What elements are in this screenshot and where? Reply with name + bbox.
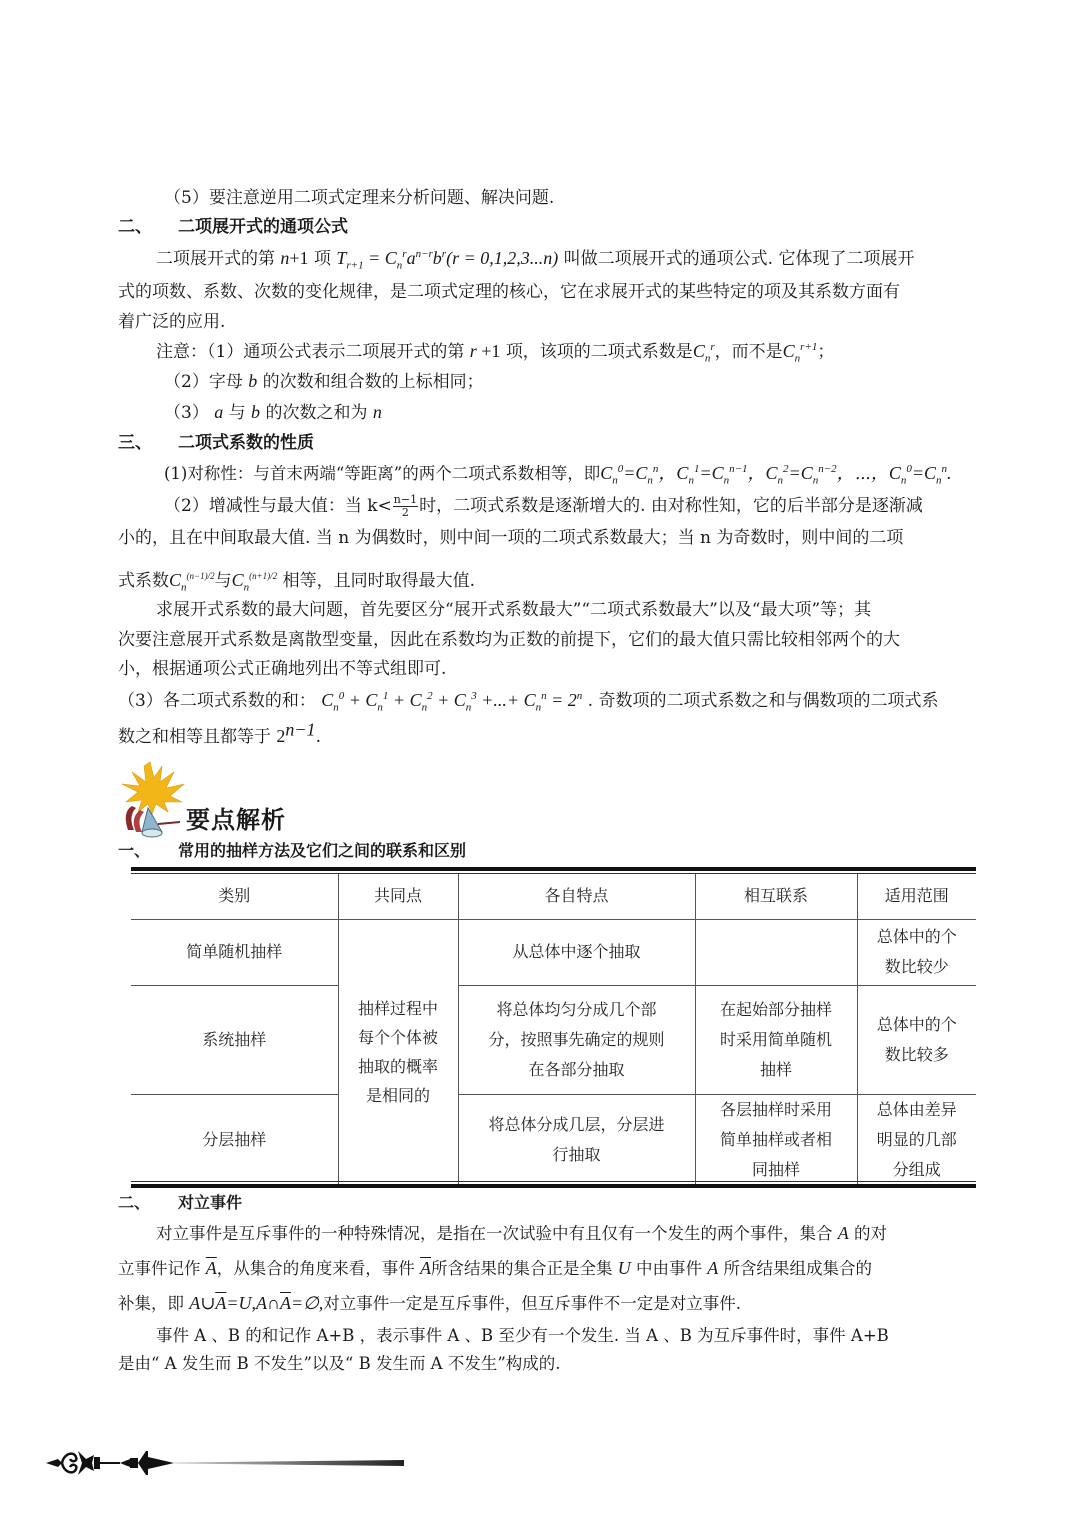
complementary-para-line-3: 补集，即 A∪A=U,A∩A=∅,对立事件一定是互斥事件，但互斥事件不一定是对立… [118,1292,988,1315]
text: （2）字母 [164,372,243,392]
text: 式系数 [118,571,169,591]
text: 的对 [854,1224,887,1243]
text: 立事件记作 [118,1259,201,1278]
document-page: （5）要注意逆用二项式定理来分析问题、解决问题. 二、二项展开式的通项公式 二项… [0,0,1075,1518]
text: 二项展开式的第 [156,249,275,269]
text: 相等，且同时取得最大值. [283,571,475,591]
property-sum-line-2: 数之和相等且都等于 2n−1. [118,725,988,748]
max-problem-line-2: 次要注意展开式系数是离散型变量，因此在系数均为正数的前提下，它们的最大值只需比较… [118,629,988,651]
feature-cell: 将总体分成几层，分层进 行抽取 [458,1094,695,1185]
section-title: 二项式系数的性质 [178,433,314,453]
text: 所含结果的集合正是全集 [431,1259,613,1278]
complementary-para-line-1: 对立事件是互斥事件的一种特殊情况，是指在一次试验中有且仅有一个发生的两个事件，集… [118,1222,1026,1245]
math-var: a [214,402,223,422]
sum-event-para-line-2: 是由“ A 发生而 B 不发生”以及“ B 发生而 A 不发生”构成的. [118,1353,988,1375]
text: 项 [314,249,331,269]
note-3: （3） a 与 b 的次数之和为 n [118,401,1034,424]
note-5: （5）要注意逆用二项式定理来分析问题、解决问题. [118,187,1034,209]
text: （3） [164,403,209,423]
sum-formula: Cn0 + Cn1 + Cn2 + Cn3 +...+ Cnn = 2n [321,690,582,710]
text: ； [817,342,834,362]
section-heading-properties: 三、二项式系数的性质 [118,432,988,454]
text: （2）增减性与最大值：当 k< [164,496,392,516]
set-formula: A∪A=U,A∩A=∅, [189,1293,323,1313]
maple-leaf-bell-icon [118,760,188,838]
fraction: n−12 [393,494,418,519]
relation-cell: 各层抽样时采用 简单抽样或者相 同抽样 [695,1094,857,1185]
text: 与 [229,403,246,423]
header-cell: 类别 [131,874,338,919]
text: 项，该项的二项式系数是 [506,342,693,362]
symmetry-formula: Cn0=Cnn，Cn1=Cnn−1，Cn2=Cnn−2，⋯，Cn0=Cnn. [600,463,951,483]
header-cell: 各自特点 [458,874,695,919]
decorative-scroll-divider-icon [44,1445,404,1481]
table-row: 系统抽样 将总体均匀分成几个部 分，按照事先确定的规则 在各部分抽取 在起始部分… [131,985,976,1094]
table-header-row: 类别 共同点 各自特点 相互联系 适用范围 [131,874,976,919]
math-var: A [707,1258,718,1278]
max-problem-line-3: 小，根据通项公式正确地列出不等式组即可. [118,658,988,680]
section-number: 二、 [118,216,178,238]
property-symmetry: (1)对称性：与首末两端“等距离”的两个二项式系数相等，即Cn0=Cnn，Cn1… [118,462,1034,485]
table-bottom-rule-thin [131,1181,976,1182]
category-cell: 分层抽样 [131,1094,338,1185]
text: 对立事件一定是互斥事件，但互斥事件不一定是对立事件. [323,1294,741,1313]
math-var: U [618,1258,631,1278]
category-cell: 简单随机抽样 [131,919,338,985]
section-heading-general-term: 二、二项展开式的通项公式 [118,216,988,238]
general-term-formula: Tr+1 = Cnran−rbr(r = 0,1,2,3...n) [336,248,558,268]
header-cell: 共同点 [338,874,458,919]
header-cell: 适用范围 [857,874,976,919]
text: . [316,727,321,747]
note-2: （2）字母 b 的次数和组合数的上标相同； [118,370,1034,393]
text: 中由事件 [636,1259,702,1278]
property-monotonic-line-2: 小的，且在中间取最大值. 当 n 为偶数时，则中间一项的二项式系数最大；当 n … [118,527,988,549]
property-monotonic-line-3: 式系数Cn(n−1)/2与Cn(n+1)/2 相等，且同时取得最大值. [118,569,988,592]
category-cell: 系统抽样 [131,985,338,1094]
text: 补集，即 [118,1294,184,1313]
math-var: A [838,1223,849,1243]
banner-title: 要点解析 [186,800,286,835]
section-number: 二、 [118,1192,178,1214]
table-top-rule [131,867,976,871]
section-title: 常用的抽样方法及它们之间的联系和区别 [178,841,466,860]
table-bottom-rule [131,1184,976,1188]
text: 注意：（1）通项公式表示二项展开式的第 [156,342,464,362]
text: (1)对称性：与首末两端“等距离”的两个二项式系数相等，即 [164,464,600,483]
text: （3）各二项式系数的和： [118,691,316,711]
text: 数之和相等且都等于 [118,727,271,747]
math-var: b [251,402,260,422]
table-row: 简单随机抽样 抽样过程中 每个个体被 抽取的概率 是相同的 从总体中逐个抽取 总… [131,919,976,985]
feature-cell: 从总体中逐个抽取 [458,919,695,985]
text: 叫做二项展开式的通项公式. 它体现了二项展开 [564,249,915,269]
math-var-complement: A [206,1258,217,1278]
scope-cell: 总体由差异 明显的几部 分组成 [857,1094,976,1185]
header-cell: 相互联系 [695,874,857,919]
text: 的次数之和为 [265,403,367,423]
section-number: 三、 [118,432,178,454]
table-row: 分层抽样 将总体分成几层，分层进 行抽取 各层抽样时采用 简单抽样或者相 同抽样… [131,1094,976,1185]
key-points-banner: 要点解析 [118,760,418,840]
relation-cell [695,919,857,985]
complementary-para-line-2: 立事件记作 A，从集合的角度来看，事件 A所含结果的集合正是全集 U 中由事件 … [118,1257,988,1280]
scope-cell: 总体中的个 数比较少 [857,919,976,985]
feature-cell: 将总体均匀分成几个部 分，按照事先确定的规则 在各部分抽取 [458,985,695,1094]
text: 的次数和组合数的上标相同； [263,372,484,392]
section-number: 一、 [118,840,178,862]
relation-cell: 在起始部分抽样 时采用简单随机 抽样 [695,985,857,1094]
text: 所含结果组成集合的 [724,1259,873,1278]
text: ，从集合的角度来看，事件 [217,1259,415,1278]
math-var-complement: A [420,1258,431,1278]
max-problem-line-1: 求展开式系数的最大问题，首先要区分“展开式系数最大”“二项式系数最大”以及“最大… [118,599,1026,621]
general-term-line-3: 着广泛的应用. [118,311,988,333]
note-1: 注意：（1）通项公式表示二项展开式的第 r +1 项，该项的二项式系数是Cnr，… [118,340,1026,363]
text: ，而不是 [715,342,783,362]
text: 对立事件是互斥事件的一种特殊情况，是指在一次试验中有且仅有一个发生的两个事件，集… [156,1224,833,1243]
sum-event-para-line-1: 事件 A 、B 的和记作 A+B ，表示事件 A 、B 至少有一个发生. 当 A… [118,1325,1026,1347]
math-var: b [248,371,257,391]
section-heading-complementary-events: 二、对立事件 [118,1192,988,1214]
scope-cell: 总体中的个 数比较多 [857,985,976,1094]
text: 与 [215,571,232,591]
section-heading-sampling: 一、常用的抽样方法及它们之间的联系和区别 [118,840,988,862]
math-var: n [373,402,382,422]
general-term-line-1: 二项展开式的第 n+1 项 Tr+1 = Cnran−rbr(r = 0,1,2… [118,247,1026,270]
section-title: 二项展开式的通项公式 [178,217,348,237]
section-title: 对立事件 [178,1193,242,1212]
sampling-methods-table: 类别 共同点 各自特点 相互联系 适用范围 简单随机抽样 抽样过程中 每个个体被… [131,874,976,1185]
general-term-line-2: 式的项数、系数、次数的变化规律，是二项式定理的核心，它在求展开式的某些特定的项及… [118,281,988,303]
text: . 奇数项的二项式系数之和与偶数项的二项式系 [588,691,939,711]
common-point-cell: 抽样过程中 每个个体被 抽取的概率 是相同的 [338,919,458,1185]
text: 时，二项式系数是逐渐增大的. 由对称性知，它的后半部分是逐渐减 [419,496,923,516]
property-sum-line-1: （3）各二项式系数的和： Cn0 + Cn1 + Cn2 + Cn3 +...+… [118,689,988,712]
property-monotonic-line-1: （2）增减性与最大值：当 k<n−12时，二项式系数是逐渐增大的. 由对称性知，… [118,494,1034,519]
